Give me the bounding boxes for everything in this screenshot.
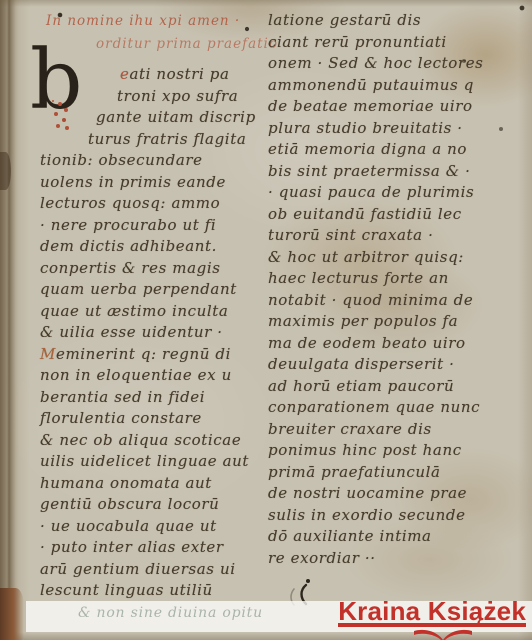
ink-speckles xyxy=(0,0,2,2)
text-line: plura studio breuitatis · xyxy=(268,118,526,140)
text-line: haec lecturus forte an xyxy=(268,268,526,290)
text-line: quam uerba perpendant xyxy=(40,279,262,301)
text-line: arū gentium diuersas ui xyxy=(40,559,262,581)
text-line: latione gestarū dis xyxy=(268,10,526,32)
text-line: dem dictis adhibeant. xyxy=(40,236,262,258)
text-line: · nere procurabo ut fi xyxy=(40,215,262,237)
manuscript-page-photo: In nomine ihu xpi amen · orditur prima p… xyxy=(0,0,532,640)
text-line: lecturos quosq: ammo xyxy=(40,193,262,215)
text-line: ponimus hinc post hanc xyxy=(268,440,526,462)
text-line: onem · Sed & hoc lectores xyxy=(268,53,526,75)
text-line: breuiter craxare dis xyxy=(268,419,526,441)
text-line: turus fratris flagita xyxy=(40,129,262,151)
text-line: · puto inter alias exter xyxy=(40,537,262,559)
text-line: & hoc ut arbitror quisq: xyxy=(268,247,526,269)
text-line: · ue uocabula quae ut xyxy=(40,516,262,538)
rubric-line-2: orditur prima praefatio xyxy=(96,36,278,52)
text-line: deuulgata disperserit · xyxy=(268,354,526,376)
text-line: & uilia esse uidentur · xyxy=(40,322,262,344)
text-line: de beatae memoriae uiro xyxy=(268,96,526,118)
text-line: re exordiar ·· xyxy=(268,548,526,570)
text-line: uilis uidelicet linguae aut xyxy=(40,451,262,473)
open-book-icon xyxy=(414,627,472,640)
rubric-line-1: In nomine ihu xpi amen · xyxy=(46,13,240,29)
text-line: ciant rerū pronuntiati xyxy=(268,32,526,54)
text-line: tionib: obsecundare xyxy=(40,150,262,172)
text-line: & nec ob aliqua scoticae xyxy=(40,430,262,452)
text-line: troni xpo sufra xyxy=(40,86,262,108)
left-text-column: eati nostri patroni xpo sufragante uitam… xyxy=(40,64,262,602)
text-line: turorū sint craxata · xyxy=(268,225,526,247)
text-line: sulis in exordio secunde xyxy=(268,505,526,527)
text-line: gentiū obscura locorū xyxy=(40,494,262,516)
text-line: ma de eodem beato uiro xyxy=(268,333,526,355)
corner-stain xyxy=(0,588,24,640)
initial-red-dots xyxy=(52,100,54,102)
text-line: uolens in primis eande xyxy=(40,172,262,194)
text-line: berantia sed in fidei xyxy=(40,387,262,409)
page-top-edge xyxy=(0,0,532,7)
text-line: ob euitandū fastidiū lec xyxy=(268,204,526,226)
text-line: maximis per populos fa xyxy=(268,311,526,333)
text-line: conpertis & res magis xyxy=(40,258,262,280)
text-line: ammonendū putauimus q xyxy=(268,75,526,97)
margin-stain xyxy=(0,152,11,190)
text-line: Meminerint q: regnū di xyxy=(40,344,262,366)
text-line: non in eloquentiae ex u xyxy=(40,365,262,387)
text-line: · quasi pauca de plurimis xyxy=(268,182,526,204)
text-line: primā praefatiunculā xyxy=(268,462,526,484)
faint-text-line: & non sine diuina opitu xyxy=(78,605,263,621)
text-line: ad horū etiam paucorū xyxy=(268,376,526,398)
text-line: notabit · quod minima de xyxy=(268,290,526,312)
text-line: dō auxiliante intima xyxy=(268,526,526,548)
binding-edge xyxy=(0,0,30,640)
text-line: lescunt linguas utiliū xyxy=(40,580,262,602)
text-line: de nostri uocamine prae xyxy=(268,483,526,505)
text-line: eati nostri pa xyxy=(40,64,262,86)
text-line: bis sint praetermissa & · xyxy=(268,161,526,183)
text-line: humana onomata aut xyxy=(40,473,262,495)
bookstore-logo-text: Kraina Książek xyxy=(338,600,526,627)
text-line: conparationem quae nunc xyxy=(268,397,526,419)
text-line: florulentia constare xyxy=(40,408,262,430)
right-text-column: latione gestarū disciant rerū pronuntiat… xyxy=(268,10,526,569)
text-line: quae ut æstimo inculta xyxy=(40,301,262,323)
text-line: gante uitam discrip xyxy=(40,107,262,129)
bookstore-logo: Kraina Książek xyxy=(338,600,526,627)
text-line: etiā memoria digna a no xyxy=(268,139,526,161)
